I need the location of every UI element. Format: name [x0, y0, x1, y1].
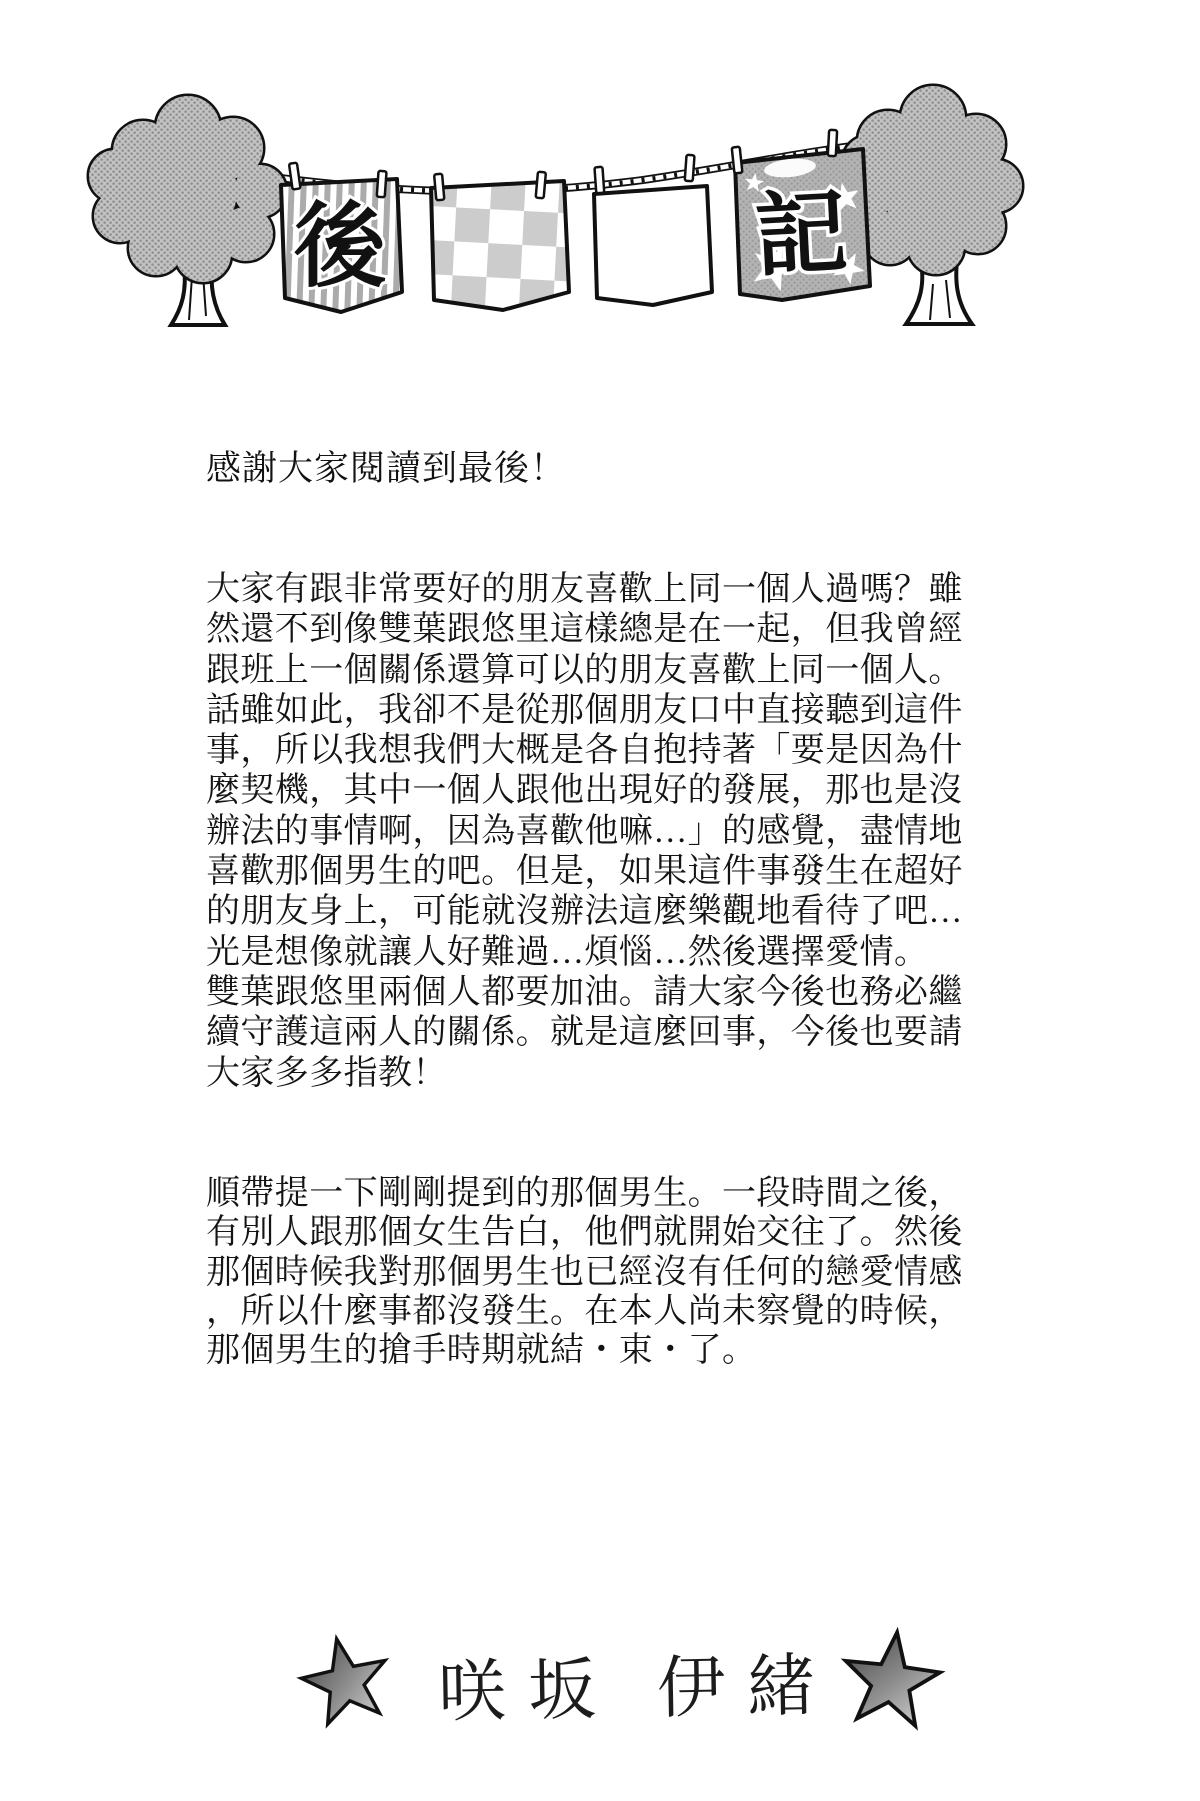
right-banner-char: 記	[753, 182, 850, 289]
signature-name: 咲坂 伊緒	[437, 1648, 837, 1731]
text-line: 那個男生的搶手時期就結・束・了。	[206, 1331, 963, 1370]
text-line: 有別人跟那個女生告白，他們就開始交往了。然後	[206, 1213, 963, 1252]
text-line: 話雖如此，我卻不是從那個朋友口中直接聽到這件	[206, 691, 963, 731]
text-line: 大家多多指教！	[206, 1054, 963, 1094]
right-banner: 記	[735, 149, 870, 300]
text-line: 光是想像就讓人好難過…煩惱…然後選擇愛情。	[206, 933, 963, 973]
text-line: 續守護這兩人的關係。就是這麼回事，今後也要請	[206, 1013, 963, 1053]
checkered-cloth	[431, 181, 569, 310]
text-line: 辦法的事情啊，因為喜歡他嘛…」的感覺，盡情地	[206, 812, 963, 852]
text-line: 的朋友身上，可能就沒辦法這麼樂觀地看待了吧…	[206, 892, 963, 932]
afterword-title-illustration: 後 記	[88, 86, 1038, 342]
text-line: 順帶提一下剛剛提到的那個男生。一段時間之後，	[206, 1174, 963, 1213]
afterword-paragraph-2: 順帶提一下剛剛提到的那個男生。一段時間之後， 有別人跟那個女生告白，他們就開始交…	[206, 1174, 963, 1370]
white-cloth	[594, 186, 712, 305]
greeting-line: 感謝大家閱讀到最後！	[206, 441, 566, 491]
text-line: 然還不到像雙葉跟悠里這樣總是在一起，但我曾經	[206, 610, 963, 650]
text-line: 事，所以我想我們大概是各自抱持著「要是因為什	[206, 731, 963, 771]
text-line: 那個時候我對那個男生也已經沒有任何的戀愛情感	[206, 1253, 963, 1292]
text-line: 大家有跟非常要好的朋友喜歡上同一個人過嗎？雖	[206, 570, 963, 610]
author-signature: 咲坂 伊緒	[280, 1600, 970, 1770]
star-icon	[839, 1627, 944, 1728]
star-icon	[295, 1630, 395, 1727]
left-tree	[89, 96, 286, 325]
left-banner: 後	[281, 179, 402, 312]
text-line: 喜歡那個男生的吧。但是，如果這件事發生在超好	[206, 852, 963, 892]
afterword-paragraph-1: 大家有跟非常要好的朋友喜歡上同一個人過嗎？雖 然還不到像雙葉跟悠里這樣總是在一起…	[206, 570, 963, 1094]
text-line: 麼契機，其中一個人跟他出現好的發展，那也是沒	[206, 771, 963, 811]
text-line: 跟班上一個關係還算可以的朋友喜歡上同一個人。	[206, 651, 963, 691]
left-banner-char: 後	[294, 196, 387, 298]
page: 後 記	[0, 0, 1200, 1801]
text-line: ，所以什麼事都沒發生。在本人尚未察覺的時候，	[206, 1292, 963, 1331]
text-line: 雙葉跟悠里兩個人都要加油。請大家今後也務必繼	[206, 973, 963, 1013]
